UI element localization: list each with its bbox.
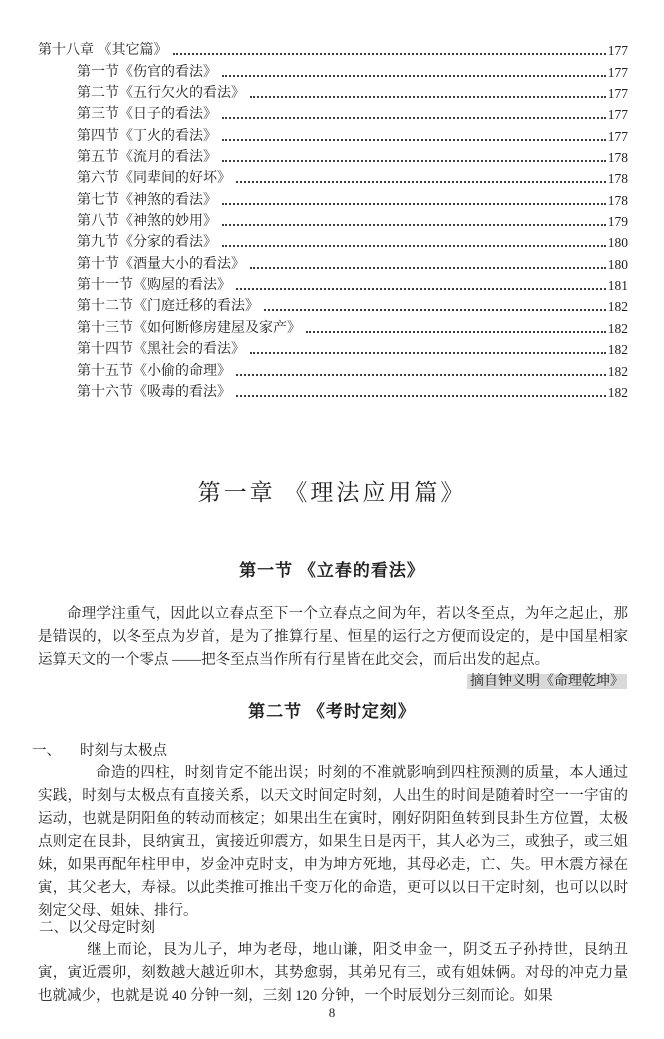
toc-entry-label: 第十三节《如何断修房建屋及家产》 <box>77 317 301 337</box>
toc-entry-label: 第二节《五行欠火的看法》 <box>77 82 245 102</box>
toc-entry-label: 第八节《神煞的妙用》 <box>77 210 217 230</box>
toc-page-number: 177 <box>608 107 628 123</box>
toc-entry: 第十三节《如何断修房建屋及家产》182 <box>38 315 628 336</box>
document-page: 第十八章 《其它篇》177第一节《伤官的看法》177第二节《五行欠火的看法》17… <box>0 0 664 1039</box>
toc-dot-leader <box>236 374 606 376</box>
toc-entry-label: 第三节《日子的看法》 <box>77 103 217 123</box>
toc-page-number: 182 <box>608 321 628 337</box>
toc-dot-leader <box>236 395 606 397</box>
toc-entry-label: 第五节《流月的看法》 <box>77 146 217 166</box>
toc-entry-label: 第十八章 《其它篇》 <box>38 39 168 59</box>
toc-entry: 第七节《神煞的看法》178 <box>38 187 628 208</box>
chapter-title: 第一章 《理法应用篇》 <box>0 474 664 507</box>
toc-entry-label: 第十五节《小偷的命理》 <box>77 360 231 380</box>
list-item-2-label: 二、 <box>39 920 68 936</box>
attribution-highlight: 摘自钟义明《命理乾坤》 <box>467 674 627 689</box>
toc-dot-leader <box>173 53 606 55</box>
toc-entry: 第十五节《小偷的命理》182 <box>38 358 628 379</box>
toc-entry: 第六节《同辈间的好坏》178 <box>38 166 628 187</box>
toc-entry: 第九节《分家的看法》180 <box>38 230 628 251</box>
toc-page-number: 178 <box>608 171 628 187</box>
attribution-line: 摘自钟义明《命理乾坤》 <box>467 671 627 692</box>
toc-page-number: 178 <box>608 150 628 166</box>
toc-page-number: 180 <box>608 257 628 273</box>
toc-page-number: 182 <box>608 385 628 401</box>
toc-entry: 第一节《伤官的看法》177 <box>38 59 628 80</box>
toc-entry: 第十一节《购屋的看法》181 <box>38 273 628 294</box>
toc-dot-leader <box>250 96 606 98</box>
page-number-footer: 8 <box>0 1005 664 1021</box>
toc-page-number: 180 <box>608 235 628 251</box>
list-item-2-heading: 二、以父母定时刻 <box>39 917 635 939</box>
list-item-1-paragraph: 命造的四柱，时刻肯定不能出误；时刻的不准就影响到四柱预测的质量，本人通过实践，时… <box>38 762 628 923</box>
toc-page-number: 177 <box>608 65 628 81</box>
toc-entry: 第十六节《吸毒的看法》182 <box>38 380 628 401</box>
list-item-1-label: 一、 <box>32 743 61 759</box>
list-item-2-paragraph: 继上而论，艮为儿子，坤为老母，地山谦，阳爻申金一，阴爻五子孙持世，艮纳丑寅，寅近… <box>38 939 628 1008</box>
toc-page-number: 181 <box>608 278 628 294</box>
toc-dot-leader <box>250 267 606 269</box>
list-item-2-title: 以父母定时刻 <box>68 920 155 936</box>
toc-dot-leader <box>306 331 606 333</box>
toc-entry-label: 第十节《酒量大小的看法》 <box>77 253 245 273</box>
section-1-heading: 第一节 《立春的看法》 <box>0 556 664 581</box>
toc-page-number: 182 <box>608 364 628 380</box>
toc-entry-label: 第一节《伤官的看法》 <box>77 61 217 81</box>
toc-dot-leader <box>236 288 606 290</box>
list-item-1-title: 时刻与太极点 <box>80 743 167 759</box>
toc-entry-label: 第十二节《门庭迁移的看法》 <box>77 295 259 315</box>
toc-entry: 第八节《神煞的妙用》179 <box>38 209 628 230</box>
toc-entry-label: 第四节《丁火的看法》 <box>77 125 217 145</box>
toc-entry-label: 第十六节《吸毒的看法》 <box>77 381 231 401</box>
toc-dot-leader <box>222 203 606 205</box>
toc-dot-leader <box>222 224 606 226</box>
toc-dot-leader <box>222 117 606 119</box>
toc-entry: 第五节《流月的看法》178 <box>38 145 628 166</box>
toc-entry: 第十四节《黑社会的看法》182 <box>38 337 628 358</box>
toc-dot-leader <box>236 181 606 183</box>
toc-dot-leader <box>222 139 606 141</box>
toc-dot-leader <box>222 245 606 247</box>
toc-entry: 第三节《日子的看法》177 <box>38 102 628 123</box>
toc-page-number: 182 <box>608 299 628 315</box>
toc-dot-leader <box>250 352 606 354</box>
toc-entry: 第十二节《门庭迁移的看法》182 <box>38 294 628 315</box>
toc-entry: 第二节《五行欠火的看法》177 <box>38 81 628 102</box>
toc-page-number: 177 <box>608 86 628 102</box>
section-1-paragraph: 命理学注重气，因此以立春点至下一个立春点之间为年，若以冬至点，为年之起止，那是错… <box>38 603 628 672</box>
toc-entry-label: 第六节《同辈间的好坏》 <box>77 167 231 187</box>
toc-entry: 第十节《酒量大小的看法》180 <box>38 251 628 272</box>
toc-page-number: 177 <box>608 129 628 145</box>
toc-page-number: 182 <box>608 342 628 358</box>
toc-entry-label: 第十四节《黑社会的看法》 <box>77 338 245 358</box>
toc-page-number: 177 <box>608 43 628 59</box>
toc-dot-leader <box>222 75 606 77</box>
toc-entry-label: 第九节《分家的看法》 <box>77 231 217 251</box>
toc-entry-label: 第七节《神煞的看法》 <box>77 189 217 209</box>
toc-entry-label: 第十一节《购屋的看法》 <box>77 274 231 294</box>
toc-dot-leader <box>264 309 606 311</box>
list-item-1-heading: 一、时刻与太极点 <box>32 740 628 762</box>
toc-dot-leader <box>222 160 606 162</box>
section-2-heading: 第二节 《考时定刻》 <box>0 697 664 722</box>
toc-page-number: 178 <box>608 193 628 209</box>
toc-page-number: 179 <box>608 214 628 230</box>
toc-entry: 第四节《丁火的看法》177 <box>38 123 628 144</box>
toc-entry: 第十八章 《其它篇》177 <box>38 38 628 59</box>
toc: 第十八章 《其它篇》177第一节《伤官的看法》177第二节《五行欠火的看法》17… <box>38 38 628 401</box>
